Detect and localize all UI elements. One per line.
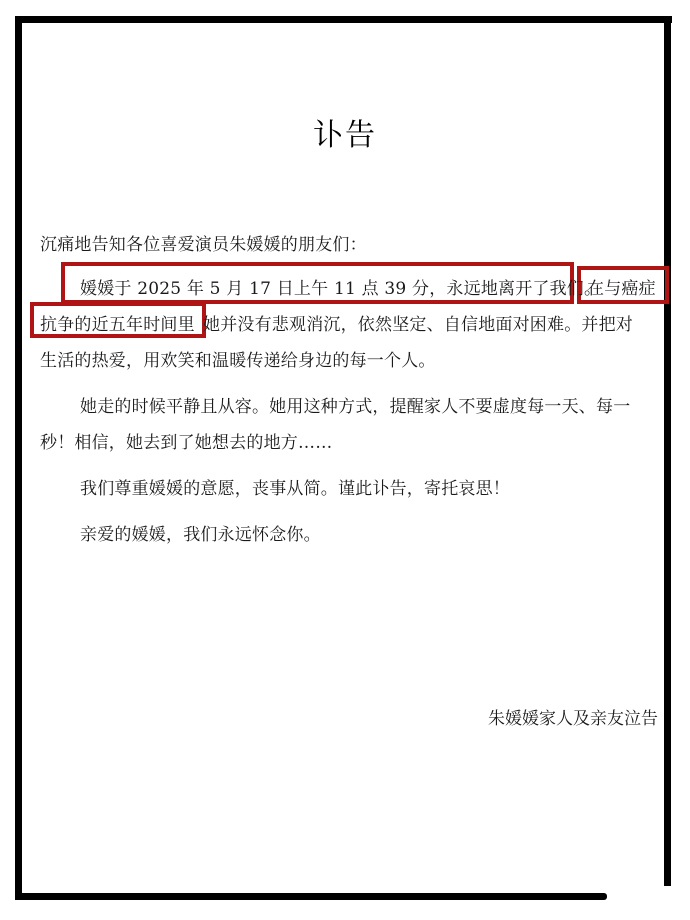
paragraph-1-line-1b: 在与癌症 (587, 274, 656, 299)
signature: 朱媛媛家人及亲友泣告 (488, 704, 658, 729)
document-frame-top (15, 16, 672, 23)
paragraph-3: 我们尊重媛媛的意愿，丧事从简。谨此讣告，寄托哀思！ (80, 474, 510, 499)
paragraph-1-line-1a: 媛媛于 2025 年 5 月 17 日上午 11 点 39 分，永远地离开了我们… (80, 274, 601, 299)
paragraph-4: 亲爱的媛媛，我们永远怀念你。 (80, 520, 321, 545)
paragraph-1-line-2a: 抗争的近五年时间里 (40, 310, 195, 335)
salutation: 沉痛地告知各位喜爱演员朱媛媛的朋友们： (40, 230, 367, 255)
paragraph-2-line-2: 秒！相信，她去到了她想去的地方…… (40, 428, 332, 453)
paragraph-1-line-3: 生活的热爱，用欢笑和温暖传递给身边的每一个人。 (40, 346, 436, 371)
paragraph-1-line-2b: 她并没有悲观消沉，依然坚定、自信地面对困难。并把对 (203, 310, 633, 335)
paragraph-2-line-1: 她走的时候平静且从容。她用这种方式，提醒家人不要虚度每一天、每一 (80, 392, 630, 417)
document-title: 讣告 (0, 110, 690, 154)
document-frame-bottom (15, 893, 607, 900)
